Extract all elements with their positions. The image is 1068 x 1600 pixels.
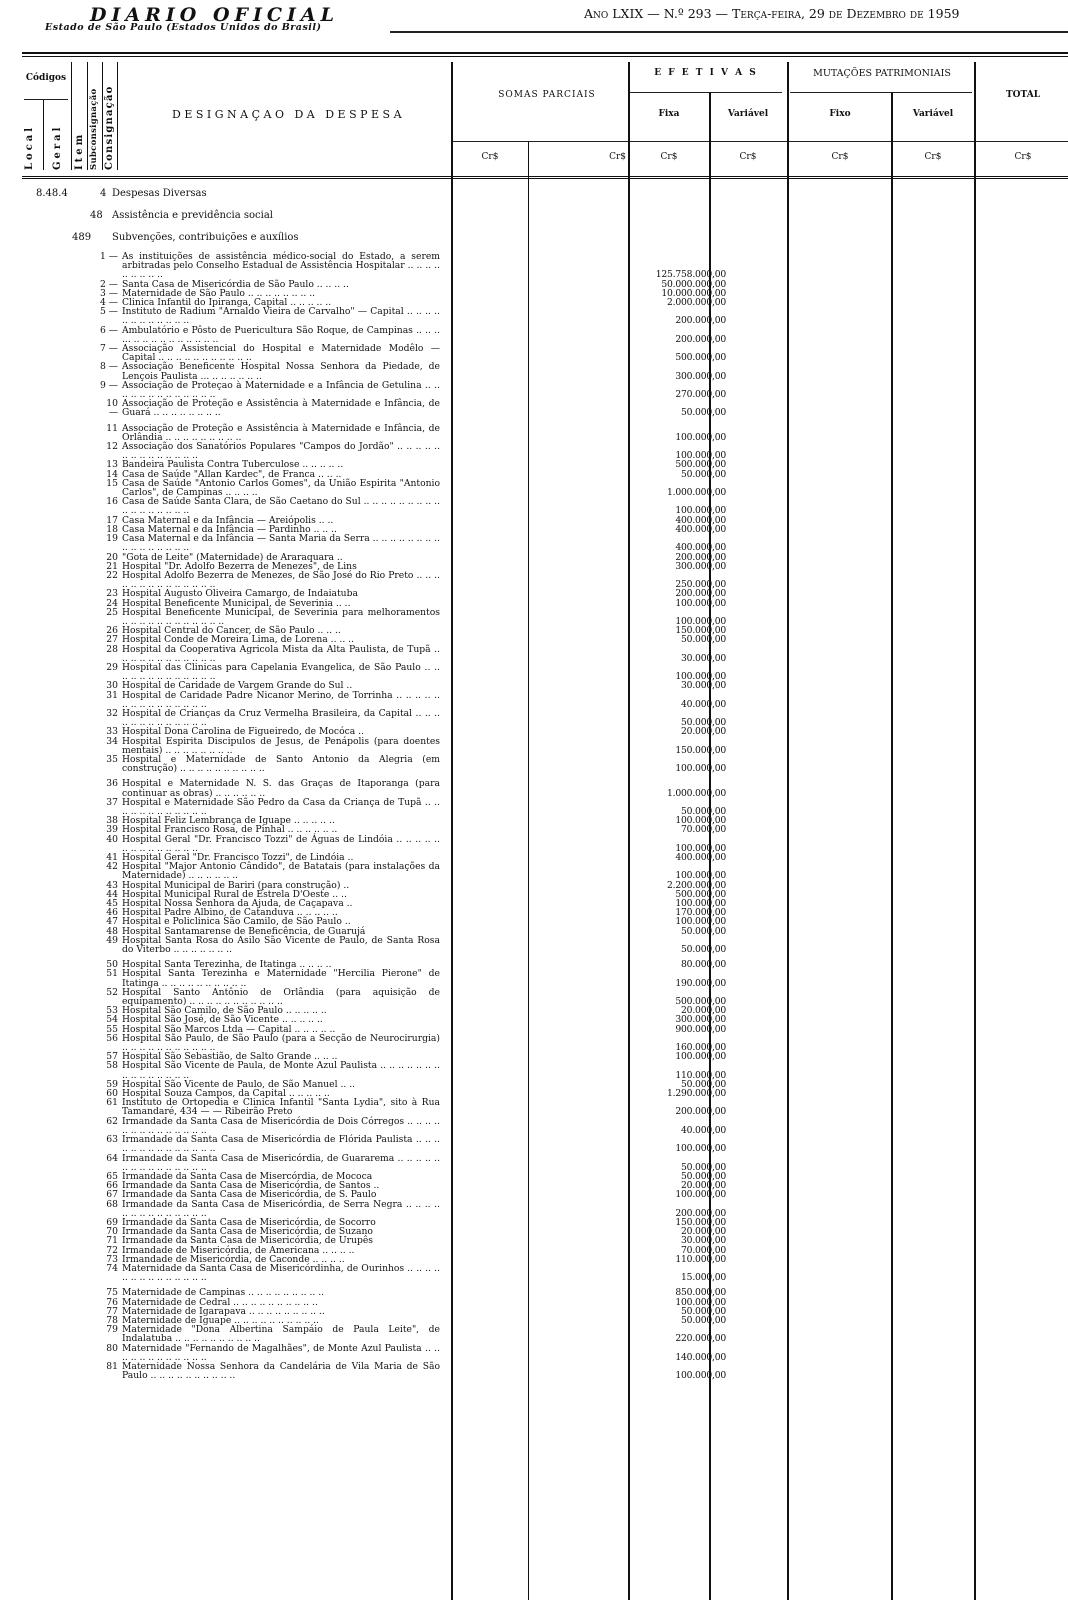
subconsignacao-code: 48 <box>90 210 103 221</box>
entry-description: Hospital São Vicente de Paula, de Monte … <box>122 1061 440 1079</box>
header-somas-parciais: SOMAS PARCIAIS <box>452 90 642 100</box>
expense-row: 52Hospital Santo Antônio de Orlândia (pa… <box>100 988 440 1006</box>
entry-description: Hospital Beneficente Municipal, de Sever… <box>122 608 440 626</box>
entry-amount: 500.000,00 <box>540 353 726 362</box>
expense-row: 32Hospital de Crianças da Cruz Vermelha … <box>100 709 440 727</box>
divider <box>102 62 103 170</box>
entry-description: Irmandade da Santa Casa de Misericórdia … <box>122 1117 440 1135</box>
entry-number: 6 — <box>100 326 118 335</box>
expense-row: 80Maternidade "Fernando de Magalhães", d… <box>100 1344 440 1362</box>
entry-description: Associação de Proteçao à Maternidade e a… <box>122 381 440 399</box>
column-rule <box>787 62 789 1600</box>
entry-description: Hospital e Maternidade de Santo Antonio … <box>122 755 440 773</box>
entry-amount: 50.000,00 <box>540 927 726 936</box>
entry-number: 68 <box>100 1200 118 1209</box>
entry-number: 81 <box>100 1362 118 1371</box>
entry-number: 32 <box>100 709 118 718</box>
expense-row: 56Hospital São Paulo, de São Paulo (para… <box>100 1034 440 1052</box>
expense-row: 22Hospital Adolfo Bezerra de Menezes, de… <box>100 571 440 589</box>
expense-row: 29Hospital das Clinicas para Capelania E… <box>100 663 440 681</box>
entry-amount: 2.000.000,00 <box>540 298 726 307</box>
expense-row: 9 —Associação de Proteçao à Maternidade … <box>100 381 440 399</box>
entry-amount: 50.000,00 <box>540 635 726 644</box>
entry-description: Hospital Geral "Dr. Francisco Tozzi" de … <box>122 835 440 853</box>
entry-amount: 300.000,00 <box>540 372 726 381</box>
header-consignacao: Consignação <box>104 72 115 170</box>
entry-number: 16 <box>100 497 118 506</box>
entry-description: Associação Beneficente Hospital Nossa Se… <box>122 362 440 380</box>
entry-description: Hospital Santa Terezinha e Maternidade "… <box>122 969 440 987</box>
entry-amount: 100.000,00 <box>540 1371 726 1380</box>
entry-description: Hospital e Maternidade São Pedro da Casa… <box>122 798 440 816</box>
entry-number: 79 <box>100 1325 118 1334</box>
column-rule <box>891 92 893 1600</box>
entry-description: Hospital "Major Antonio Cândido", de Bat… <box>122 862 440 880</box>
entry-number: 35 <box>100 755 118 764</box>
expense-row: 36Hospital e Maternidade N. S. das Graça… <box>100 779 440 797</box>
entry-number: 56 <box>100 1034 118 1043</box>
divider <box>22 52 1068 54</box>
header-currency: Cr$ <box>710 152 786 162</box>
entry-description: Hospital São Paulo, de São Paulo (para a… <box>122 1034 440 1052</box>
entry-description: Hospital da Cooperativa Agricola Mista d… <box>122 645 440 663</box>
expense-row: 11Associação de Proteção e Assistência à… <box>100 424 440 442</box>
header-subconsignacao: Subconsignação <box>89 82 99 170</box>
entry-amount: 100.000,00 <box>540 1144 726 1153</box>
expense-row: 74Maternidade da Santa Casa de Misericór… <box>100 1264 440 1282</box>
entry-amount: 900.000,00 <box>540 1025 726 1034</box>
column-rule <box>974 62 976 1600</box>
local-code: 8.48.4 <box>36 188 68 199</box>
entry-number: 51 <box>100 969 118 978</box>
entry-amount: 20.000,00 <box>540 727 726 736</box>
entry-description: Ambulatório e Pôsto de Puericultura São … <box>122 326 440 344</box>
expense-row: 31Hospital de Caridade Padre Nicanor Mer… <box>100 691 440 709</box>
entry-description: Irmandade da Santa Casa de Misericórdia … <box>122 1135 440 1153</box>
entry-amount: 110.000,00 <box>540 1255 726 1264</box>
entry-number: 10 — <box>100 399 118 417</box>
header-currency: Cr$ <box>892 152 974 162</box>
entry-amount: 100.000,00 <box>540 1190 726 1199</box>
divider <box>117 62 118 170</box>
entry-description: Maternidade "Dona Albertina Sampáio de P… <box>122 1325 440 1343</box>
entry-description: Irmandade da Santa Casa de Misericórdia,… <box>122 1154 440 1172</box>
expense-row: 37Hospital e Maternidade São Pedro da Ca… <box>100 798 440 816</box>
entry-description: Casa Maternal e da Infância — Santa Mari… <box>122 534 440 552</box>
entry-amount: 40.000,00 <box>540 1126 726 1135</box>
divider <box>43 100 44 170</box>
header-currency: Cr$ <box>630 152 708 162</box>
divider <box>22 176 1068 177</box>
masthead: DIARIO OFICIAL Estado de São Paulo (Esta… <box>0 0 1068 42</box>
header-mutacoes: MUTAÇÕES PATRIMONIAIS <box>790 68 974 79</box>
entry-number: 11 <box>100 424 118 433</box>
header-geral: Geral <box>52 100 63 170</box>
entry-number: 12 <box>100 442 118 451</box>
entry-number: 8 — <box>100 362 118 371</box>
entry-amount: 50.000,00 <box>540 408 726 417</box>
expense-row: 81Maternidade Nossa Senhora da Candelári… <box>100 1362 440 1380</box>
entry-amount: 80.000,00 <box>540 960 726 969</box>
entry-number: 52 <box>100 988 118 997</box>
entry-number: 58 <box>100 1061 118 1070</box>
entry-number: 25 <box>100 608 118 617</box>
entry-number: 28 <box>100 645 118 654</box>
entry-amount: 1.000.000,00 <box>540 789 726 798</box>
entry-description: Hospital das Clinicas para Capelania Eva… <box>122 663 440 681</box>
expense-row: 51Hospital Santa Terezinha e Maternidade… <box>100 969 440 987</box>
header-total: TOTAL <box>978 90 1068 100</box>
entry-number: 22 <box>100 571 118 580</box>
masthead-rule <box>390 31 580 33</box>
entry-amount: 200.000,00 <box>540 316 726 325</box>
entry-number: 29 <box>100 663 118 672</box>
header-mutacoes-fixo: Fixo <box>790 109 890 119</box>
entry-amount: 15.000,00 <box>540 1273 726 1282</box>
entry-number: 31 <box>100 691 118 700</box>
expense-row: 61Instituto de Ortopedia e Clinica Infan… <box>100 1098 440 1116</box>
entry-description: Hospital de Caridade Padre Nicanor Merin… <box>122 691 440 709</box>
entry-amount: 50.000,00 <box>540 1316 726 1325</box>
divider <box>630 92 782 93</box>
entry-description: Hospital e Maternidade N. S. das Graças … <box>122 779 440 797</box>
entry-number: 5 — <box>100 307 118 316</box>
entry-amount: 300.000,00 <box>540 562 726 571</box>
entry-amount: 30.000,00 <box>540 654 726 663</box>
entry-number: 1 — <box>100 252 118 261</box>
entry-number: 64 <box>100 1154 118 1163</box>
expense-row: 62Irmandade da Santa Casa de Misericórdi… <box>100 1117 440 1135</box>
entry-description: Instituto de Ortopedia e Clinica Infanti… <box>122 1098 440 1116</box>
expense-row: 5 —Instituto de Radium "Arnaldo Vieira d… <box>100 307 440 325</box>
entry-number: 42 <box>100 862 118 871</box>
divider <box>22 56 1068 57</box>
expense-row: 15Casa de Saúde "Antonio Carlos Gomes", … <box>100 479 440 497</box>
expense-row: 34Hospital Espirita Discipulos de Jesus,… <box>100 737 440 755</box>
entry-amount: 1.290.000,00 <box>540 1089 726 1098</box>
entry-description: Hospital Santa Rosa do Asilo São Vicente… <box>122 936 440 954</box>
entry-amount: 70.000,00 <box>540 825 726 834</box>
header-efetivas: E F E T I V A S <box>630 68 782 78</box>
divider <box>22 178 1068 179</box>
entry-amount: 100.000,00 <box>540 433 726 442</box>
entry-number: 15 <box>100 479 118 488</box>
divider <box>790 92 972 93</box>
expense-row: 16Casa de Saúde Santa Clara, de São Caet… <box>100 497 440 515</box>
issue-line: Ano LXIX — N.º 293 — Terça-feira, 29 de … <box>584 6 959 21</box>
entry-number: 9 — <box>100 381 118 390</box>
expense-row: 28Hospital da Cooperativa Agricola Mista… <box>100 645 440 663</box>
expense-row: 40Hospital Geral "Dr. Francisco Tozzi" d… <box>100 835 440 853</box>
expense-row: 7 —Associação Assistencial do Hospital e… <box>100 344 440 362</box>
entry-description: Irmandade da Santa Casa de Misericórdia,… <box>122 1200 440 1218</box>
entry-number: 34 <box>100 737 118 746</box>
expense-row: 68Irmandade da Santa Casa de Misericórdi… <box>100 1200 440 1218</box>
entry-number: 40 <box>100 835 118 844</box>
column-rule <box>528 141 529 1600</box>
entry-description: Associação dos Sanatórios Populares "Cam… <box>122 442 440 460</box>
expense-row: 6 —Ambulatório e Pôsto de Puericultura S… <box>100 326 440 344</box>
entry-number: 80 <box>100 1344 118 1353</box>
header-currency: Cr$ <box>790 152 890 162</box>
expense-row: 42Hospital "Major Antonio Cândido", de B… <box>100 862 440 880</box>
entry-number: 19 <box>100 534 118 543</box>
entry-description: Associação Assistencial do Hospital e Ma… <box>122 344 440 362</box>
expense-row: 25Hospital Beneficente Municipal, de Sev… <box>100 608 440 626</box>
expense-row: 8 —Associação Beneficente Hospital Nossa… <box>100 362 440 380</box>
entry-amount: 100.000,00 <box>540 1052 726 1061</box>
header-item: Item <box>74 120 85 170</box>
header-designacao: DESIGNAÇAO DA DESPESA <box>172 108 405 121</box>
entry-amount: 220.000,00 <box>540 1334 726 1343</box>
entry-description: As instituições de assistência médico-so… <box>122 252 440 280</box>
expense-row: 49Hospital Santa Rosa do Asilo São Vicen… <box>100 936 440 954</box>
entry-amount: 200.000,00 <box>540 1107 726 1116</box>
expense-row: 64Irmandade da Santa Casa de Misericórdi… <box>100 1154 440 1172</box>
divider <box>71 62 72 170</box>
expense-row: 10 —Associação de Proteção e Assistência… <box>100 399 440 417</box>
header-local: Local <box>24 100 35 170</box>
item-label: Despesas Diversas <box>112 188 207 199</box>
header-currency: Cr$ <box>978 152 1068 162</box>
entry-description: Hospital Espirita Discipulos de Jesus, d… <box>122 737 440 755</box>
entry-amount: 140.000,00 <box>540 1353 726 1362</box>
entry-amount: 100.000,00 <box>540 764 726 773</box>
divider <box>87 62 88 170</box>
expense-row: 12Associação dos Sanatórios Populares "C… <box>100 442 440 460</box>
entry-amount: 50.000,00 <box>540 470 726 479</box>
entry-description: Maternidade da Santa Casa de Misericórdi… <box>122 1264 440 1282</box>
column-rule <box>451 62 453 1600</box>
masthead-rule <box>580 31 1068 33</box>
expense-row: 63Irmandade da Santa Casa de Misericórdi… <box>100 1135 440 1153</box>
expense-list: 1 —As instituições de assistência médico… <box>100 252 440 1380</box>
entry-description: Hospital Adolfo Bezerra de Menezes, de S… <box>122 571 440 589</box>
entry-number: 37 <box>100 798 118 807</box>
expense-row: 1 —As instituições de assistência médico… <box>100 252 440 280</box>
header-currency: Cr$ <box>530 152 626 162</box>
header-mutacoes-variavel: Variável <box>892 109 974 119</box>
entry-description: Casa de Saúde "Antonio Carlos Gomes", da… <box>122 479 440 497</box>
entry-amount: 30.000,00 <box>540 681 726 690</box>
entry-amount: 400.000,00 <box>540 525 726 534</box>
entry-description: Instituto de Radium "Arnaldo Vieira de C… <box>122 307 440 325</box>
entry-number: 61 <box>100 1098 118 1107</box>
entry-description: Maternidade "Fernando de Magalhães", de … <box>122 1344 440 1362</box>
entry-amount: 270.000,00 <box>540 390 726 399</box>
entry-description: Maternidade Nossa Senhora da Candelária … <box>122 1362 440 1380</box>
entry-description: Associação de Proteção e Assistência à M… <box>122 424 440 442</box>
newspaper-subtitle: Estado de São Paulo (Estados Unidos do B… <box>45 22 322 33</box>
header-codigos: Códigos <box>24 73 68 83</box>
entry-number: 63 <box>100 1135 118 1144</box>
entry-amount: 100.000,00 <box>540 599 726 608</box>
entry-description: Hospital de Crianças da Cruz Vermelha Br… <box>122 709 440 727</box>
item-code: 4 <box>100 188 106 199</box>
entry-amount: 200.000,00 <box>540 335 726 344</box>
expense-row: 35Hospital e Maternidade de Santo Antoni… <box>100 755 440 773</box>
entry-description: Hospital Santo Antônio de Orlândia (para… <box>122 988 440 1006</box>
expense-row: 19Casa Maternal e da Infância — Santa Ma… <box>100 534 440 552</box>
entry-number: 74 <box>100 1264 118 1273</box>
entry-amount: 40.000,00 <box>540 700 726 709</box>
header-currency: Cr$ <box>452 152 528 162</box>
entry-description: Associação de Proteção e Assistência à M… <box>122 399 440 417</box>
header-efetivas-variavel: Variável <box>710 109 786 119</box>
entry-amount: 190.000,00 <box>540 979 726 988</box>
entry-amount: 150.000,00 <box>540 746 726 755</box>
entry-amount: 1.000.000,00 <box>540 488 726 497</box>
entry-number: 49 <box>100 936 118 945</box>
expense-row: 58Hospital São Vicente de Paula, de Mont… <box>100 1061 440 1079</box>
consignacao-code: 489 <box>72 232 91 243</box>
entry-amount: 50.000,00 <box>540 945 726 954</box>
entry-number: 36 <box>100 779 118 788</box>
consignacao-label: Subvenções, contribuições e auxílios <box>112 232 299 243</box>
entry-amount: 400.000,00 <box>540 853 726 862</box>
expense-row: 79Maternidade "Dona Albertina Sampáio de… <box>100 1325 440 1343</box>
subconsignacao-label: Assistência e previdência social <box>112 210 273 221</box>
entry-description: Casa de Saúde Santa Clara, de São Caetan… <box>122 497 440 515</box>
entry-number: 7 — <box>100 344 118 353</box>
entry-number: 62 <box>100 1117 118 1126</box>
header-efetivas-fixa: Fixa <box>630 109 708 119</box>
